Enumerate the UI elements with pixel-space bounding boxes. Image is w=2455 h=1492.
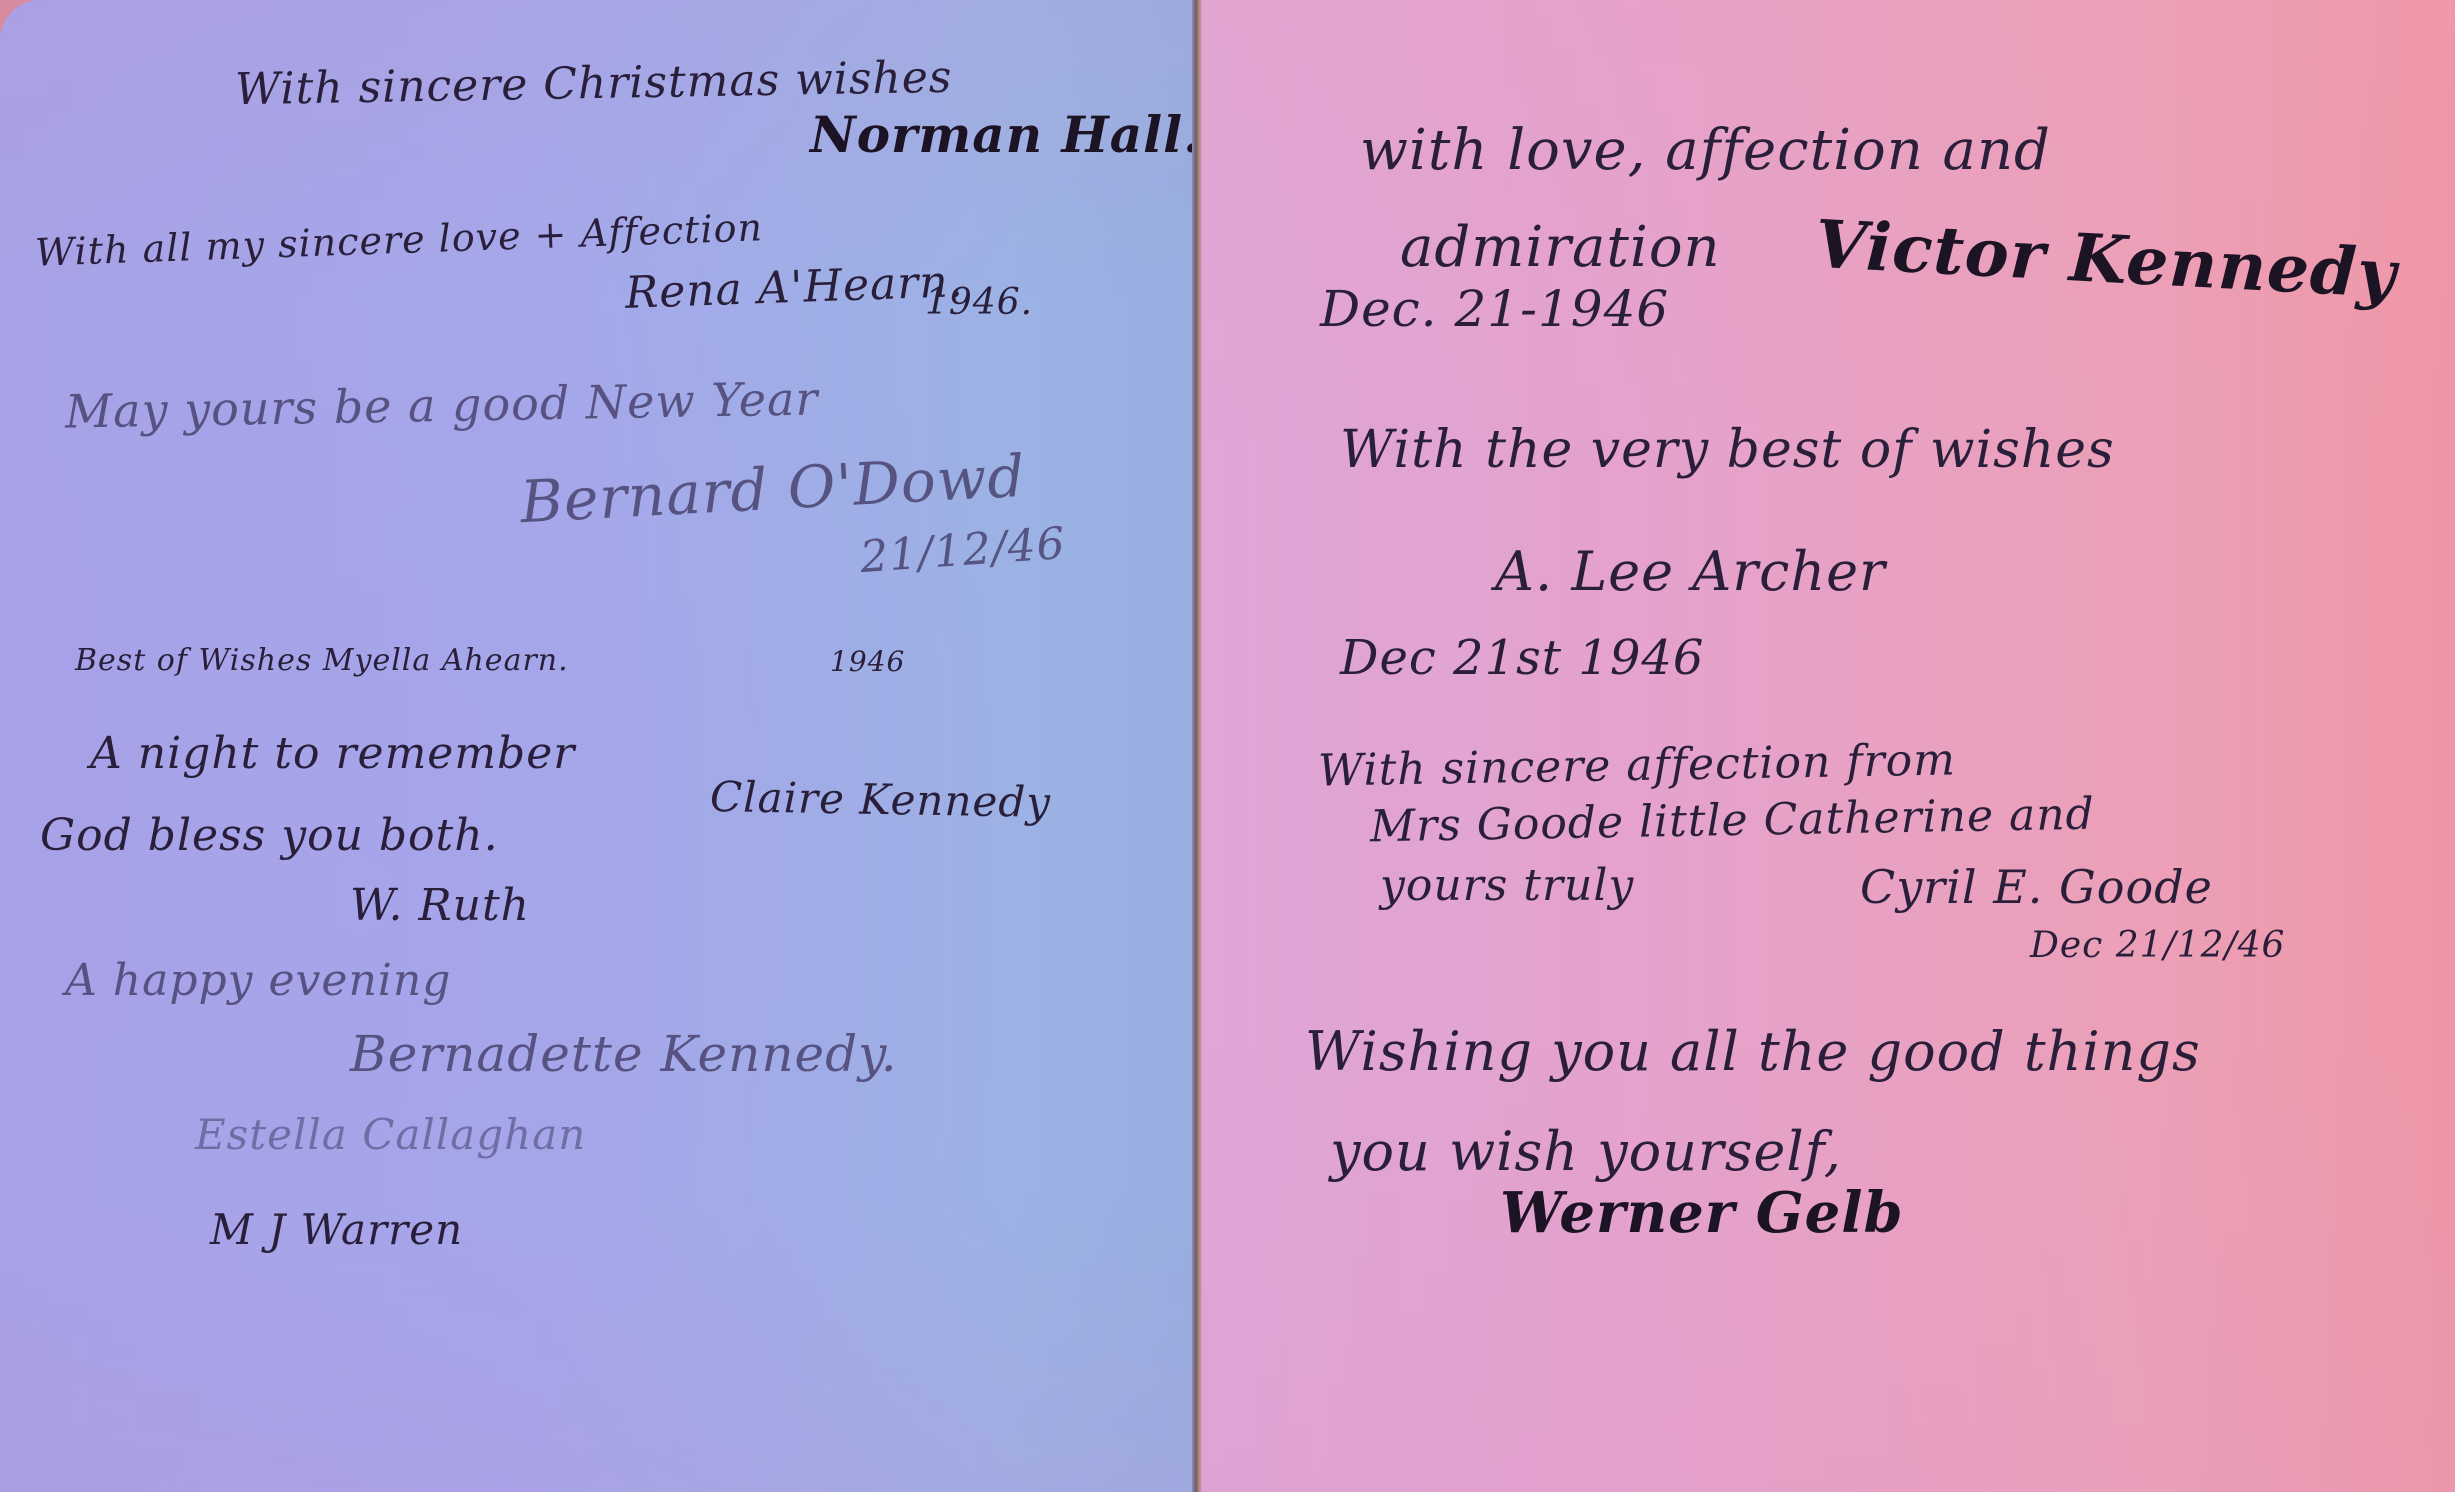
inscription-date: Dec. 21-1946 <box>1320 280 1669 338</box>
inscription-date: 1946 <box>830 645 905 678</box>
inscription-message: May yours be a good New Year <box>65 371 819 438</box>
inscription-signature: M J Warren <box>210 1205 463 1254</box>
inscription-message: Best of Wishes Myella Ahearn. <box>75 643 569 678</box>
inscription-date: Dec 21st 1946 <box>1340 630 1704 686</box>
inscription-signature: Estella Callaghan <box>195 1110 586 1159</box>
inscription-signature: Bernard O'Dowd <box>519 442 1027 536</box>
inscription-signature: Claire Kennedy <box>710 772 1052 827</box>
inscription-signature: Werner Gelb <box>1500 1180 1904 1246</box>
inscription-message: A happy evening <box>65 955 451 1006</box>
inscription-message: With all my sincere love + Affection <box>34 205 763 274</box>
inscription-date: 1946. <box>925 282 1033 323</box>
left-page: With sincere Christmas wishes Norman Hal… <box>0 0 1196 1492</box>
inscription-signature: Norman Hall. <box>810 105 1202 164</box>
inscription-message: admiration <box>1400 215 1721 280</box>
inscription-date: Dec 21/12/46 <box>2030 925 2285 966</box>
inscription-signature: Cyril E. Goode <box>1860 860 2213 914</box>
inscription-signature: Bernadette Kennedy. <box>350 1025 898 1083</box>
inscription-message: God bless you both. <box>40 810 499 861</box>
inscription-signature: A. Lee Archer <box>1495 540 1886 603</box>
inscription-message: with love, affection and <box>1360 118 2051 183</box>
inscription-message: yours truly <box>1380 860 1634 911</box>
inscription-signature: W. Ruth <box>350 880 530 931</box>
inscription-message: you wish yourself, <box>1330 1120 1842 1183</box>
inscription-message: With the very best of wishes <box>1340 420 2115 480</box>
inscription-signature: Rena A'Hearn. <box>624 256 964 319</box>
inscription-message: Wishing you all the good things <box>1305 1020 2201 1083</box>
inscription-date: 21/12/46 <box>858 518 1067 583</box>
book-spine-gutter <box>1192 0 1202 1492</box>
inscription-message: A night to remember <box>90 728 575 779</box>
